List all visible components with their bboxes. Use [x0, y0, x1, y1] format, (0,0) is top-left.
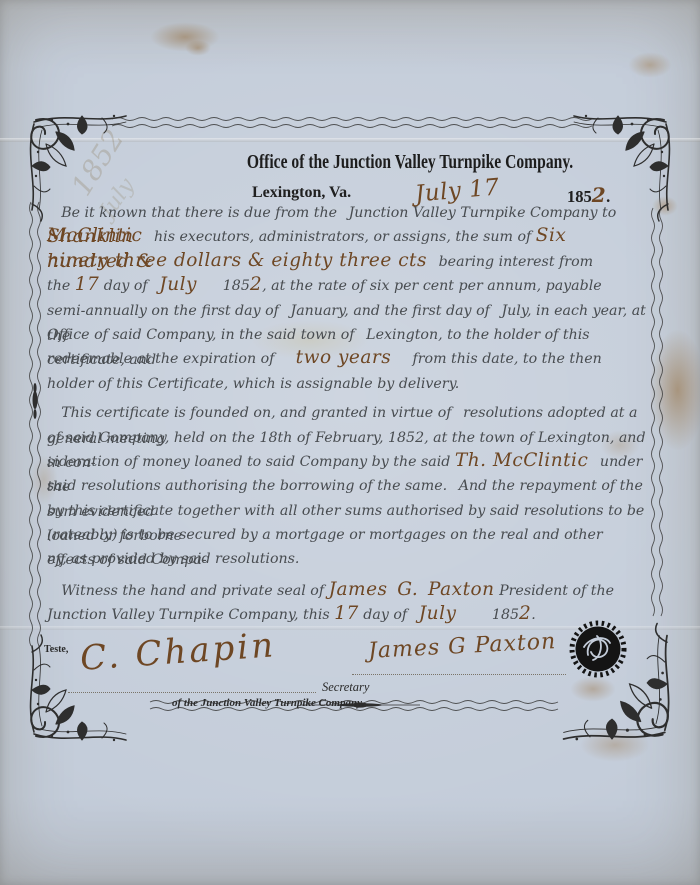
printed-text: President of the — [495, 583, 614, 599]
handwritten-text: July — [159, 274, 197, 295]
president-signature-line — [352, 654, 566, 675]
text-line: Witness the hand and private seal of Jam… — [47, 578, 649, 602]
handwritten-text: McClintic — [47, 225, 142, 246]
handwritten-text: ninety three dollars & eighty three cts — [47, 250, 427, 271]
printed-text: 185 — [197, 278, 250, 294]
handwritten-text: 2 — [250, 274, 262, 295]
text-line: ninety three dollars & eighty three cts … — [47, 249, 649, 273]
printed-text: . — [531, 607, 536, 623]
printed-text: 185 — [456, 607, 519, 623]
printed-text: holder of this Certificate, which is ass… — [47, 376, 459, 392]
company-seal — [572, 623, 624, 675]
handwritten-text: 17 — [75, 274, 100, 295]
text-line: holder of this Certificate, which is ass… — [47, 371, 649, 395]
printed-text: day of — [99, 278, 159, 294]
secretary-signature-line — [68, 672, 316, 693]
text-line: ny, as provided by said resolutions. — [47, 546, 649, 570]
secretary-title-label: Secretary — [322, 680, 369, 695]
text-line: sideration of money loaned to said Compa… — [47, 449, 649, 473]
printed-text: , at the rate of six per cent per annum,… — [262, 278, 602, 294]
printed-text: bearing interest from — [427, 254, 593, 270]
text-line: redeemable at the expiration of two year… — [47, 346, 649, 370]
text-line: the 17 day of July 1852, at the rate of … — [47, 273, 649, 297]
text-line: This certificate is founded on, and gran… — [47, 400, 649, 424]
handwritten-text: two years — [296, 347, 392, 368]
handwritten-text: 17 — [334, 603, 359, 624]
paragraph-resolutions: This certificate is founded on, and gran… — [47, 400, 649, 571]
printed-text: Junction Valley Turnpike Company, this — [47, 607, 334, 623]
handwritten-text: 2 — [519, 603, 531, 624]
scanned-certificate-document: 1852 July — [0, 0, 700, 885]
printed-text: Witness the hand and private seal of — [47, 583, 329, 599]
text-line: Office of said Company, in the said town… — [47, 322, 649, 346]
text-line: (rateably) is to be secured by a mortgag… — [47, 522, 649, 546]
printed-text: ny, as provided by said resolutions. — [47, 551, 299, 567]
text-line: Be it known that there is due from the J… — [47, 200, 649, 224]
text-line: of said Company, held on the 18th of Feb… — [47, 425, 649, 449]
printed-text: his executors, administrators, or assign… — [142, 229, 535, 245]
paragraph-witness: Witness the hand and private seal of Jam… — [47, 578, 649, 627]
handwritten-text: Th. McClintic — [455, 450, 588, 471]
certificate-body: Be it known that there is due from the J… — [47, 200, 649, 627]
text-line: Junction Valley Turnpike Company, this 1… — [47, 602, 649, 626]
printed-text: redeemable at the expiration of — [47, 351, 296, 367]
paragraph-obligation: Be it known that there is due from the J… — [47, 200, 649, 395]
handwritten-text: James G. Paxton — [329, 579, 495, 600]
printed-text: sideration of money loaned to said Compa… — [47, 454, 455, 470]
printed-text: the — [47, 278, 75, 294]
secretary-company-label: of the Junction Valley Turnpike Company. — [172, 697, 364, 709]
text-line: semi-annually on the first day of Januar… — [47, 298, 649, 322]
printed-text: from this date, to the then — [391, 351, 602, 367]
printed-text: Be it known that there is due from the J… — [47, 205, 621, 221]
text-line: McClintic his executors, administrators,… — [47, 224, 649, 248]
teste-label: Teste, — [44, 644, 68, 655]
text-line: by this certificate together with all ot… — [47, 498, 649, 522]
printed-text: day of — [359, 607, 419, 623]
company-letterhead-title: Office of the Junction Valley Turnpike C… — [218, 152, 602, 174]
handwritten-text: July — [419, 603, 457, 624]
text-line: said resolutions authorising the borrowi… — [47, 473, 649, 497]
